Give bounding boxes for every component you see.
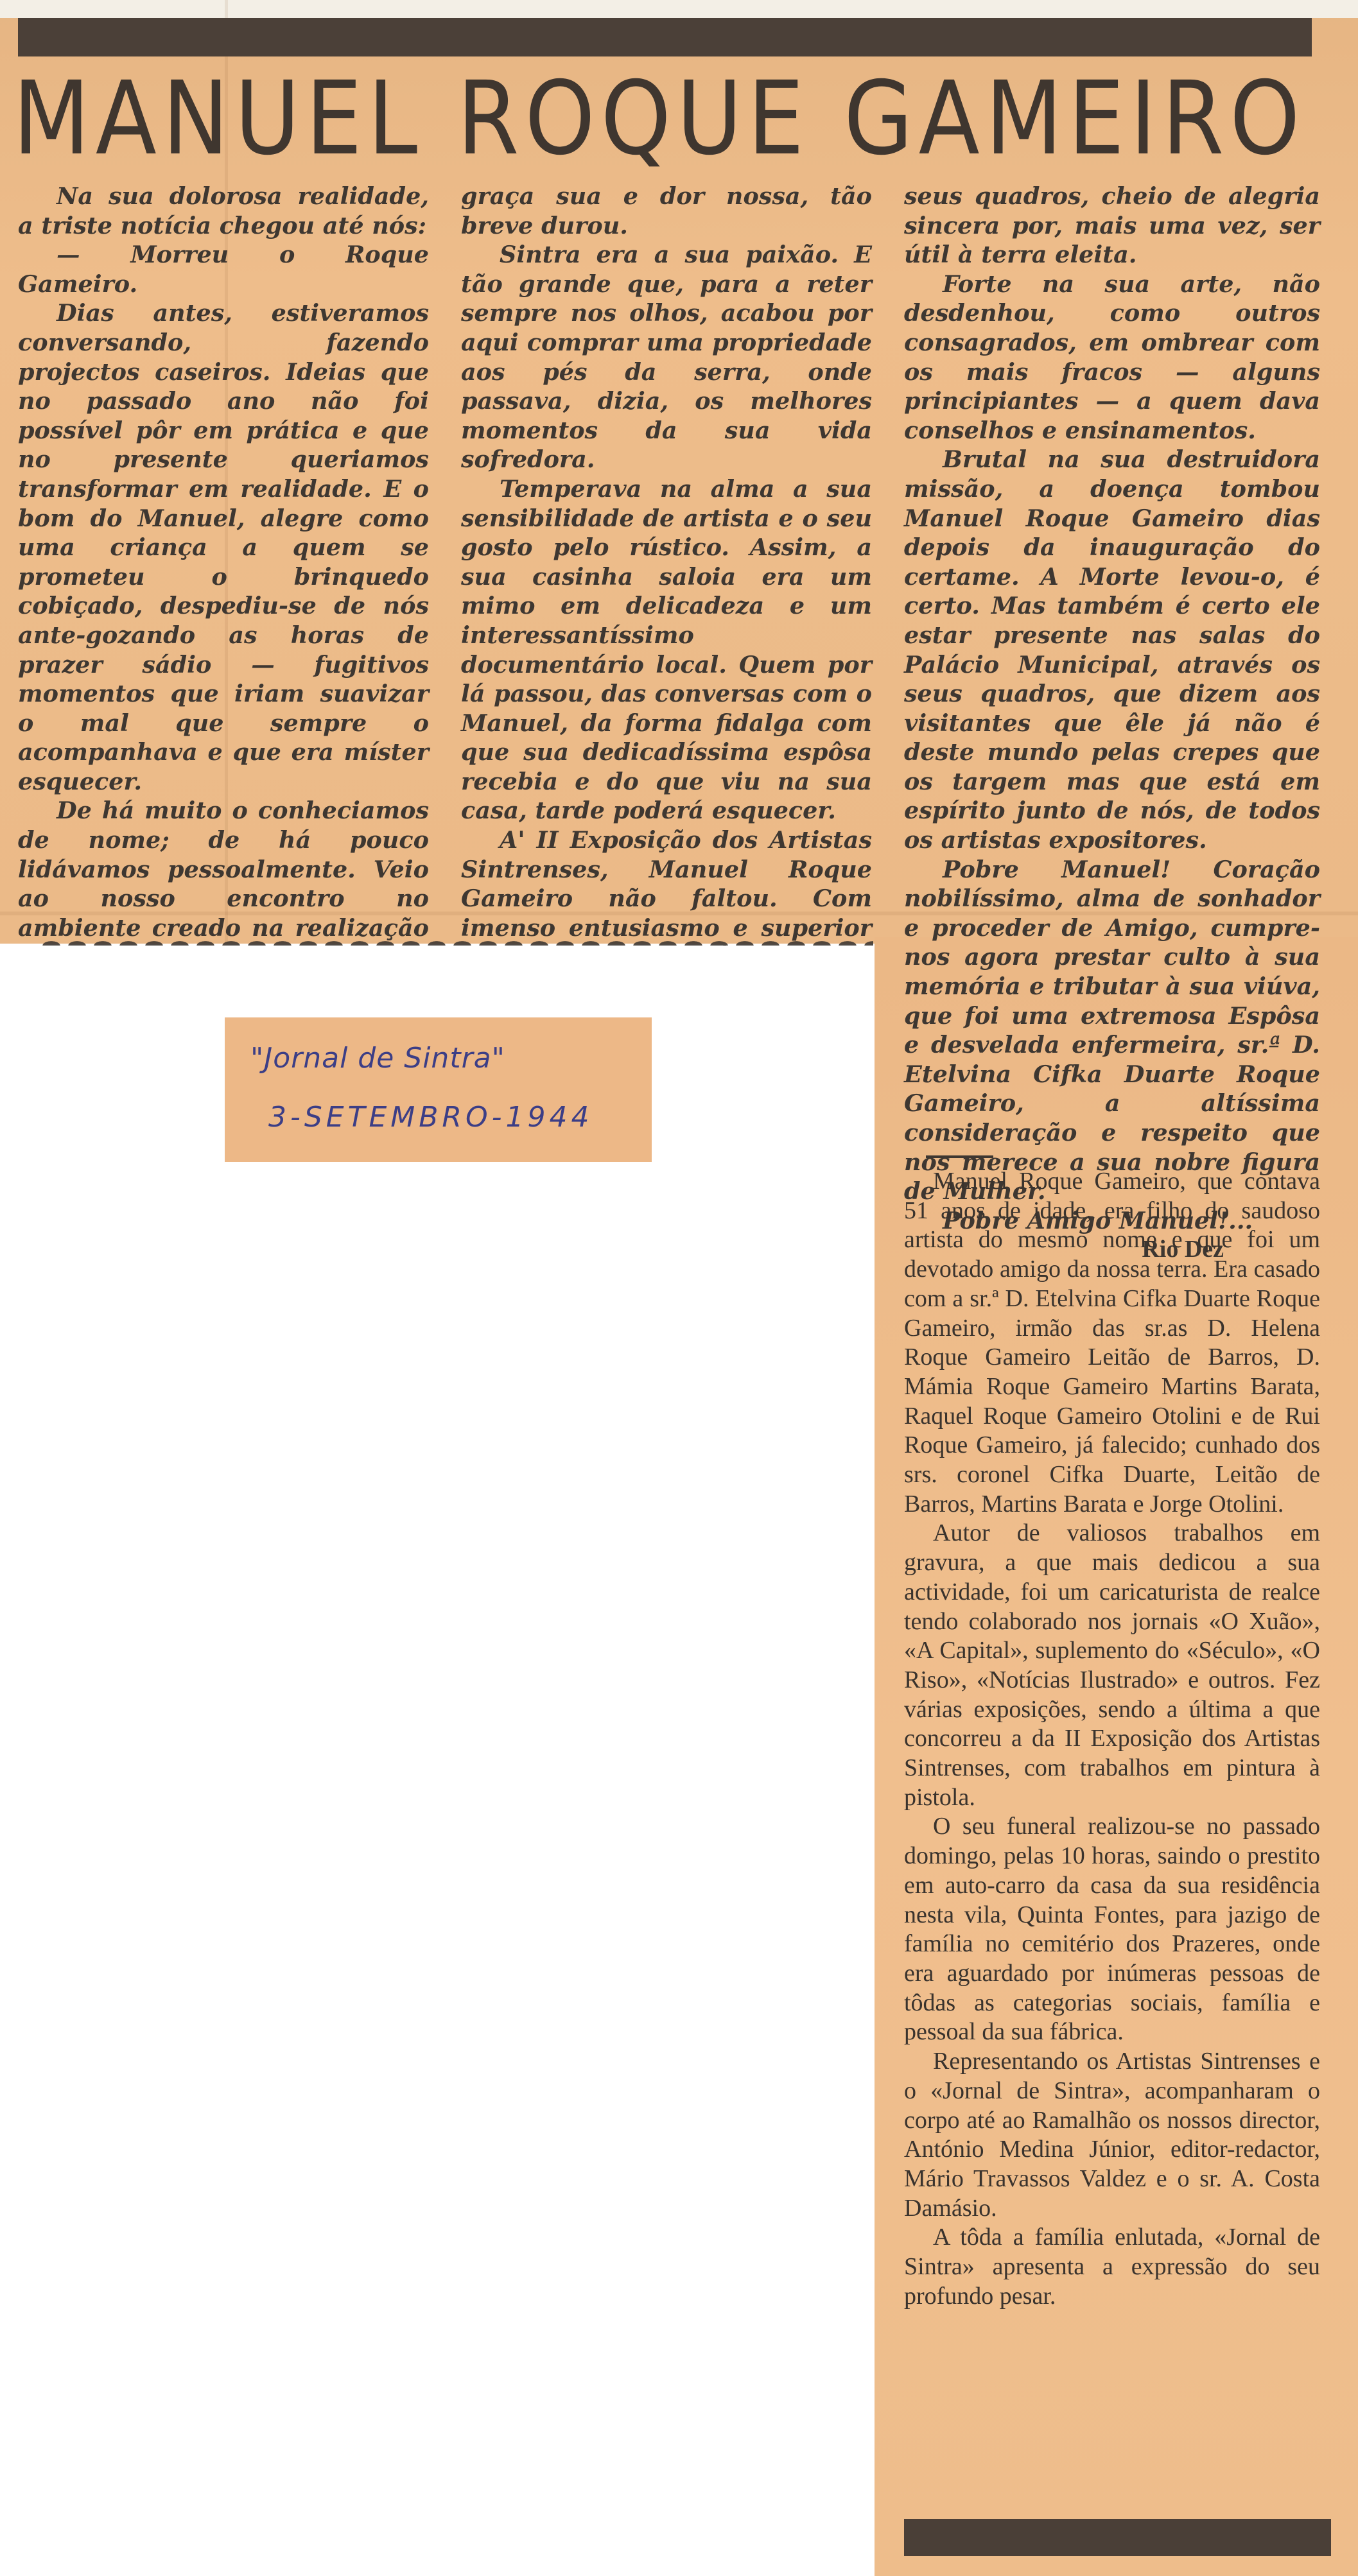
scan-top-edge <box>0 0 1358 18</box>
paragraph: Autor de valiosos trabalhos em gravura, … <box>904 1519 1320 1812</box>
news-item-body: Manuel Roque Gameiro, que contava 51 ano… <box>904 1167 1320 2311</box>
handwritten-source-note: "Jornal de Sintra" 3-SETEMBRO-1944 <box>225 1017 652 1162</box>
paragraph: Dias antes, estiveramos conversando, faz… <box>18 298 429 796</box>
handwritten-date: 3-SETEMBRO-1944 <box>268 1101 593 1134</box>
paragraph: Sintra era a sua paixão. E tão grande qu… <box>461 240 872 474</box>
paragraph: seus quadros, cheio de alegria sincera p… <box>904 182 1320 270</box>
article-column-2: graça sua e dor nossa, tão breve durou. … <box>461 182 872 1030</box>
section-divider-rule <box>926 1155 993 1158</box>
wavy-rule-divider <box>39 934 873 946</box>
mourning-bar-bottom <box>904 2519 1331 2556</box>
mourning-bar-top <box>18 18 1312 56</box>
paragraph: Representando os Artistas Sintrenses e o… <box>904 2047 1320 2223</box>
handwritten-source: "Jornal de Sintra" <box>250 1042 505 1075</box>
paragraph: O seu funeral realizou-se no passado dom… <box>904 1812 1320 2047</box>
paragraph: A tôda a família enlutada, «Jornal de Si… <box>904 2223 1320 2311</box>
paragraph: Forte na sua arte, não desdenhou, como o… <box>904 270 1320 445</box>
paragraph: Brutal na sua destruidora missão, a doen… <box>904 445 1320 854</box>
paragraph: Temperava na alma a sua sensibilidade de… <box>461 474 872 826</box>
paragraph: Pobre Manuel! Coração nobilíssimo, alma … <box>904 855 1320 1206</box>
blank-background-area <box>0 946 875 2576</box>
article-column-3: seus quadros, cheio de alegria sincera p… <box>904 182 1320 1263</box>
paragraph: Na sua dolorosa realidade, a triste notí… <box>18 182 429 240</box>
article-headline: MANUEL ROQUE GAMEIRO <box>13 64 1188 173</box>
paragraph: graça sua e dor nossa, tão breve durou. <box>461 182 872 240</box>
paragraph: Manuel Roque Gameiro, que contava 51 ano… <box>904 1167 1320 1519</box>
paragraph: — Morreu o Roque Gameiro. <box>18 240 429 298</box>
